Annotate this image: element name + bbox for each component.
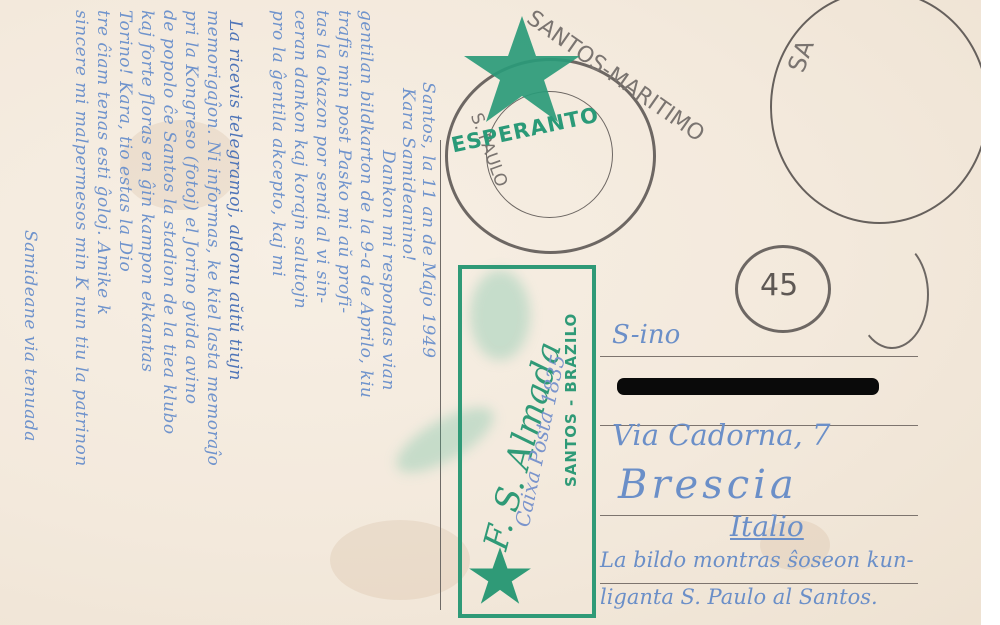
message-heading: Santos, la 11 an de Majo 1949 <box>418 82 438 358</box>
message-line: memorigaĵon. Ni informas, ke kiel lasta … <box>203 10 223 466</box>
postmark-45-number: 45 <box>760 268 798 303</box>
address-line-3: Via Cadorna, 7 <box>612 418 830 452</box>
message-line: tre ĉiam tenas esti ĝoloj. Amike k <box>93 10 113 315</box>
sender-star-icon <box>468 546 532 606</box>
address-line-1: S-ino <box>612 320 680 350</box>
address-city: Brescia <box>618 462 798 508</box>
paper-stain <box>330 520 470 600</box>
caption-line-2: liganta S. Paulo al Santos. <box>600 585 878 609</box>
message-line: Torino! Kara, tio estas la Dio <box>115 10 135 272</box>
message-line: de popolo ĉe Santos la stadion de la tie… <box>159 10 179 435</box>
postmark-partial-ring <box>855 240 929 349</box>
message-line: ceran dankon kaj korajn salutojn <box>290 10 310 309</box>
address-country: Italio <box>730 510 804 543</box>
scan-edge <box>981 0 1000 625</box>
sender-location: SANTOS - BRAZILO <box>562 313 580 487</box>
address-rule <box>600 583 918 584</box>
address-redaction <box>617 378 879 395</box>
message-signature: Samideane via tenuada <box>20 230 40 442</box>
message-line: La ricevis telegramoj, aldonu aŭtŭ tiujn <box>225 20 245 381</box>
center-divider <box>440 140 441 610</box>
message-line: tas la okazon por sendi al vi sin- <box>312 10 332 304</box>
message-salutation: Kara Samideanino! <box>398 88 418 262</box>
postmark-top-right <box>770 0 989 224</box>
message-line: gentilan bildkarton de la 9-a de Aprilo,… <box>356 10 376 398</box>
message-line: Dankon mi respondas vian <box>378 150 398 391</box>
sender-box-stamp: SANTOS - BRAZILO F. S. Almada Caixa Post… <box>458 265 596 618</box>
postcard-back: Santos, la 11 an de Majo 1949 Kara Samid… <box>0 0 982 625</box>
message-line: kaj forte floras en ĝin kampon ekkantas <box>137 10 157 372</box>
message-line: trafis min post Pasko mi aŭ profi- <box>334 10 354 314</box>
message-line: pro la ĝentila akcepto, kaj mi <box>268 10 288 277</box>
caption-line-1: La bildo montras ŝoseon kun- <box>600 548 914 572</box>
message-line: pri la Kongreso (fotoj) el Jorino gvida … <box>181 10 201 405</box>
message-line: sincere mi malpermesos min K nun tiu la … <box>71 10 91 467</box>
address-rule <box>600 356 918 357</box>
